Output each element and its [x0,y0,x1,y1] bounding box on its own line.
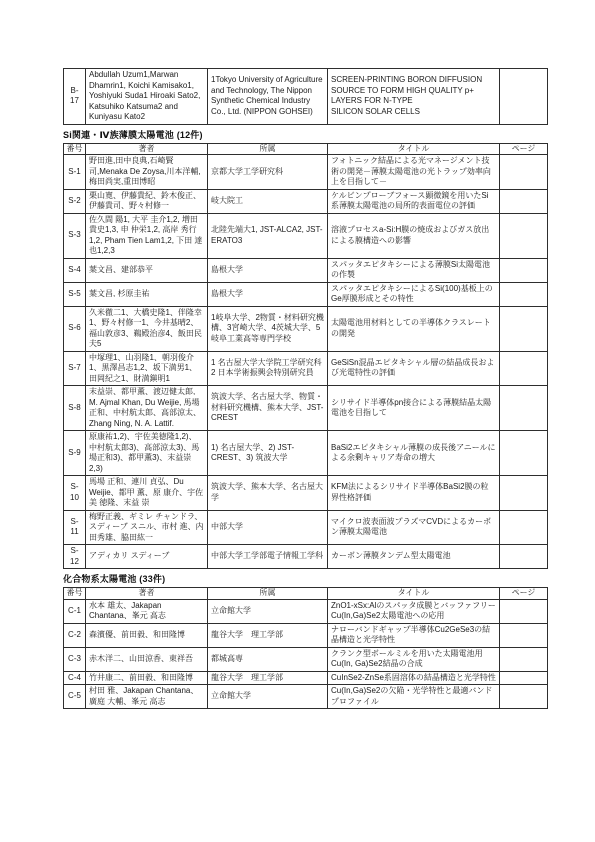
cell-page [500,258,548,282]
cell-authors: 原康祐1,2)、宇佐美徳隆1,2)、中村航太郎3)、高部涼太3)、馬場正和3)、… [86,431,208,476]
cell-title: Cu(In,Ga)Se2の欠陥・光学特性と最適バンドプロファイル [328,685,500,709]
cell-number: S-3 [64,213,86,258]
cell-authors: 水本 雄太、Jakapan Chantana、峯元 高志 [86,599,208,623]
cell-page [500,431,548,476]
cell-authors: 梅野正義、ギミレ チャンドラ、スディーブ スニル、市村 進、内田秀雄、脇田紘一 [86,510,208,545]
cell-title: CuInSe2-ZnSe系固溶体の結晶構造と光学特性 [328,671,500,685]
cell-number: S-10 [64,476,86,511]
column-header-number: 番号 [64,143,86,155]
cell-authors: 佐久間 陽1, 大平 圭介1,2, 増田 貴史1,3, 申 仲栄1,2, 高岸 … [86,213,208,258]
column-header-affiliation: 所属 [208,588,328,600]
cell-affiliation: 1Tokyo University of Agriculture and Tec… [208,69,328,125]
cell-number: S-4 [64,258,86,282]
cell-page [500,306,548,351]
cell-title: スパッタエピタキシーによる薄膜Si太陽電池の作製 [328,258,500,282]
table-row: S-2 栗山寛、伊藤貴紀、鈴木俊正、伊藤貴司、野々村修一 岐大院工 ケルビンプロ… [64,189,548,213]
cell-page [500,685,548,709]
cell-page [500,671,548,685]
cell-affiliation: 中部大学 [208,510,328,545]
cell-affiliation: 北陸先端大1, JST-ALCA2, JST-ERATO3 [208,213,328,258]
cell-affiliation: 龍谷大学 理工学部 [208,623,328,647]
cell-affiliation: 中部大学工学部電子情報工学科 [208,545,328,569]
table-row: C-5 村田 雅、Jakapan Chantana、廣庭 大輔、峯元 高志 立命… [64,685,548,709]
table-row: S-12 アディカリ スディーブ 中部大学工学部電子情報工学科 カーボン薄膜タン… [64,545,548,569]
table-row: S-4 葉文昌、建部恭平 島根大学 スパッタエピタキシーによる薄膜Si太陽電池の… [64,258,548,282]
document-page: B-17 Abdullah Uzum1,Marwan Dhamrin1, Koi… [0,0,595,842]
cell-authors: 葉文昌、建部恭平 [86,258,208,282]
cell-page [500,69,548,125]
table-row: C-1 水本 雄太、Jakapan Chantana、峯元 高志 立命館大学 Z… [64,599,548,623]
cell-number: B-17 [64,69,86,125]
column-header-authors: 著者 [86,588,208,600]
table-row: S-11 梅野正義、ギミレ チャンドラ、スディーブ スニル、市村 進、内田秀雄、… [64,510,548,545]
program-table-continued: B-17 Abdullah Uzum1,Marwan Dhamrin1, Koi… [63,68,548,125]
table-row: S-8 末益崇、都甲薫、渡辺健太郎, M. Ajmal Khan, Du Wei… [64,386,548,431]
table-header-row: 番号 著者 所属 タイトル ページ [64,588,548,600]
cell-title: SCREEN-PRINTING BORON DIFFUSION SOURCE T… [328,69,500,125]
cell-affiliation: 京都大学工学研究科 [208,155,328,190]
cell-title: 太陽電池用材料としての半導体クラスレートの開発 [328,306,500,351]
cell-authors: 赤木洋二、山田涼香、東祥吾 [86,647,208,671]
cell-number: S-6 [64,306,86,351]
cell-authors: アディカリ スディーブ [86,545,208,569]
cell-authors: 栗山寛、伊藤貴紀、鈴木俊正、伊藤貴司、野々村修一 [86,189,208,213]
cell-authors: 馬場 正和、連川 貞弘、Du Weijie、都甲 薫、原 康介、宇佐美 徳隆、末… [86,476,208,511]
table-row: C-3 赤木洋二、山田涼香、東祥吾 都城高専 クランク型ボールミルを用いた太陽電… [64,647,548,671]
cell-page [500,189,548,213]
cell-page [500,599,548,623]
table-row: C-2 森濱優、前田毅、和田隆博 龍谷大学 理工学部 ナローバンドギャップ半導体… [64,623,548,647]
cell-page [500,545,548,569]
section-heading-compound: 化合物系太陽電池 (33件) [63,572,549,585]
column-header-page: ページ [500,588,548,600]
cell-page [500,647,548,671]
cell-number: S-12 [64,545,86,569]
program-table-si: 番号 著者 所属 タイトル ページ S-1 野田進,田中良典,石崎賢司,Mena… [63,143,548,570]
cell-page [500,282,548,306]
table-row: S-5 葉文昌, 杉原圭祐 島根大学 スパッタエピタキシーによるSi(100)基… [64,282,548,306]
cell-affiliation: 1岐阜大学、2物質・材料研究機構、3宮崎大学、4茨城大学、5岐阜工業高等専門学校 [208,306,328,351]
cell-number: S-7 [64,351,86,386]
cell-title: ZnO1-xSx:Alのスパッタ成膜とバッファフリーCu(In,Ga)Se2太陽… [328,599,500,623]
cell-affiliation: 立命館大学 [208,599,328,623]
cell-page [500,351,548,386]
cell-title: カーボン薄膜タンデム型太陽電池 [328,545,500,569]
cell-title: ケルビンプローブフォース顕微鏡を用いたSi系薄膜太陽電池の局所的表面電位の評価 [328,189,500,213]
cell-number: C-2 [64,623,86,647]
program-table-compound: 番号 著者 所属 タイトル ページ C-1 水本 雄太、Jakapan Chan… [63,587,548,709]
section-heading-si: Si関連・Ⅳ族薄膜太陽電池 (12件) [63,128,549,141]
cell-affiliation: 1) 名古屋大学、2) JST-CREST、3) 筑波大学 [208,431,328,476]
cell-title: シリサイド半導体pn接合による薄膜結晶太陽電池を目指して [328,386,500,431]
table-header-row: 番号 著者 所属 タイトル ページ [64,143,548,155]
cell-number: S-1 [64,155,86,190]
cell-affiliation: 島根大学 [208,258,328,282]
cell-title: クランク型ボールミルを用いた太陽電池用Cu(In, Ga)Se2結晶の合成 [328,647,500,671]
cell-affiliation: 1 名古屋大学大学院工学研究科 2 日本学術振興会特別研究員 [208,351,328,386]
cell-authors: 葉文昌, 杉原圭祐 [86,282,208,306]
cell-number: S-11 [64,510,86,545]
cell-affiliation: 岐大院工 [208,189,328,213]
cell-authors: Abdullah Uzum1,Marwan Dhamrin1, Koichi K… [86,69,208,125]
cell-title: スパッタエピタキシーによるSi(100)基板上のGe厚膜形成とその特性 [328,282,500,306]
cell-number: S-5 [64,282,86,306]
cell-number: S-2 [64,189,86,213]
cell-authors: 村田 雅、Jakapan Chantana、廣庭 大輔、峯元 高志 [86,685,208,709]
column-header-title: タイトル [328,143,500,155]
cell-affiliation: 筑波大学、名古屋大学、物質・材料研究機構、熊本大学、JST-CREST [208,386,328,431]
cell-page [500,155,548,190]
table-row: B-17 Abdullah Uzum1,Marwan Dhamrin1, Koi… [64,69,548,125]
cell-authors: 森濱優、前田毅、和田隆博 [86,623,208,647]
cell-authors: 中塚理1、山羽隆1、朝羽俊介1、黒澤昌志1,2、坂下満男1、田岡紀之1、財満鎭明… [86,351,208,386]
column-header-title: タイトル [328,588,500,600]
table-row: S-10 馬場 正和、連川 貞弘、Du Weijie、都甲 薫、原 康介、宇佐美… [64,476,548,511]
cell-number: C-1 [64,599,86,623]
cell-number: C-4 [64,671,86,685]
cell-affiliation: 立命館大学 [208,685,328,709]
cell-title: BaSi2エピタキシャル薄膜の成長後アニールによる余剰キャリア寿命の増大 [328,431,500,476]
cell-affiliation: 筑波大学、熊本大学、名古屋大学 [208,476,328,511]
column-header-authors: 著者 [86,143,208,155]
table-row: S-9 原康祐1,2)、宇佐美徳隆1,2)、中村航太郎3)、高部涼太3)、馬場正… [64,431,548,476]
cell-title: GeSiSn混晶エピタキシャル層の結晶成長および光電特性の評価 [328,351,500,386]
cell-page [500,510,548,545]
cell-number: S-8 [64,386,86,431]
table-row: S-3 佐久間 陽1, 大平 圭介1,2, 増田 貴史1,3, 申 仲栄1,2,… [64,213,548,258]
cell-title: マイクロ波表面波プラズマCVDによるカーボン薄膜太陽電池 [328,510,500,545]
cell-authors: 末益崇、都甲薫、渡辺健太郎, M. Ajmal Khan, Du Weijie,… [86,386,208,431]
cell-title: フォトニック結晶による光マネージメント技術の開発－薄膜太陽電池の光トラップ効率向… [328,155,500,190]
cell-title: ナローバンドギャップ半導体Cu2GeSe3の結晶構造と光学特性 [328,623,500,647]
cell-number: C-5 [64,685,86,709]
cell-affiliation: 都城高専 [208,647,328,671]
table-row: C-4 竹井康二、前田毅、和田隆博 龍谷大学 理工学部 CuInSe2-ZnSe… [64,671,548,685]
cell-number: C-3 [64,647,86,671]
table-row: S-7 中塚理1、山羽隆1、朝羽俊介1、黒澤昌志1,2、坂下満男1、田岡紀之1、… [64,351,548,386]
cell-title: KFM法によるシリサイド半導体BaSi2膜の粒界性格評価 [328,476,500,511]
cell-page [500,476,548,511]
cell-title: 溶液プロセスa-Si:H膜の焼成およびガス放出による膜構造への影響 [328,213,500,258]
cell-authors: 野田進,田中良典,石崎賢司,Menaka De Zoysa,川本洋輔,梅田尚実,… [86,155,208,190]
cell-affiliation: 島根大学 [208,282,328,306]
cell-page [500,386,548,431]
cell-affiliation: 龍谷大学 理工学部 [208,671,328,685]
page-content: B-17 Abdullah Uzum1,Marwan Dhamrin1, Koi… [63,68,549,709]
cell-authors: 竹井康二、前田毅、和田隆博 [86,671,208,685]
cell-authors: 久米徹二1、大橋史隆1、伴隆幸1、野々村修一1、今井基晴2、福山敦彦3、鵜殿治彦… [86,306,208,351]
table-row: S-1 野田進,田中良典,石崎賢司,Menaka De Zoysa,川本洋輔,梅… [64,155,548,190]
table-row: S-6 久米徹二1、大橋史隆1、伴隆幸1、野々村修一1、今井基晴2、福山敦彦3、… [64,306,548,351]
column-header-affiliation: 所属 [208,143,328,155]
cell-page [500,213,548,258]
column-header-number: 番号 [64,588,86,600]
cell-page [500,623,548,647]
column-header-page: ページ [500,143,548,155]
cell-number: S-9 [64,431,86,476]
